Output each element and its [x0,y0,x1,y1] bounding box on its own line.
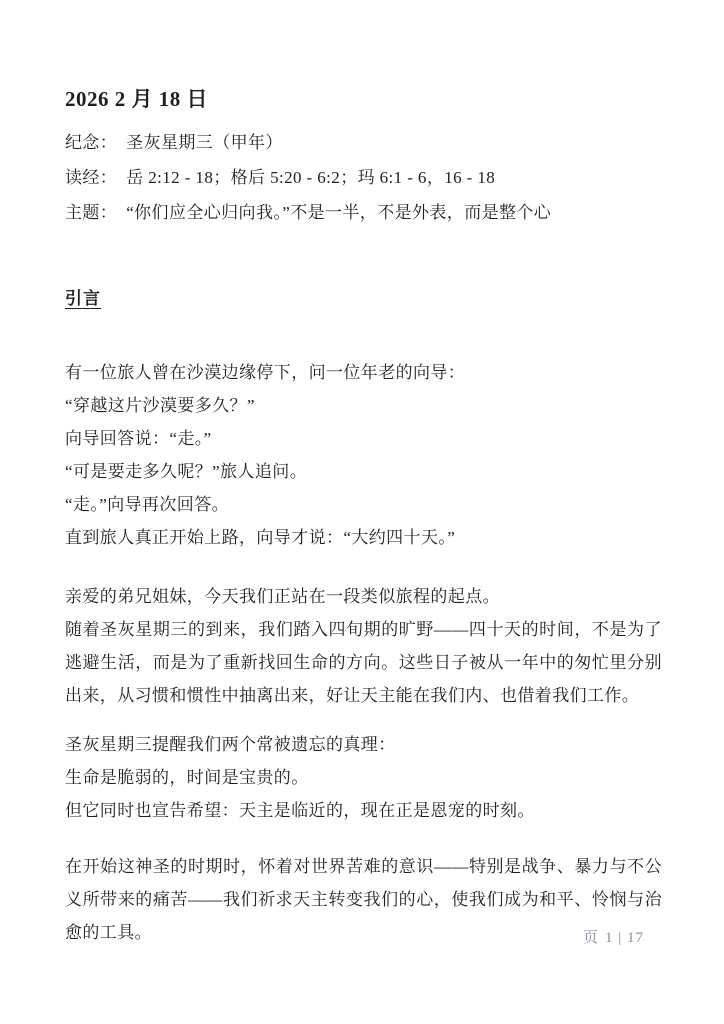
readings-value: 岳 2:12 - 18；格后 5:20 - 6:2；玛 6:1 - 6，16 -… [126,168,495,187]
closing-paragraph: 在开始这神圣的时期时，怀着对世界苦难的意识——特别是战争、暴力与不公义所带来的痛… [65,850,662,949]
meta-line-theme: 主题：“你们应全心归向我。”不是一半，不是外表，而是整个心 [65,195,662,230]
page-label: 页 [583,930,599,946]
theme-label: 主题： [65,203,117,222]
section-heading-introduction: 引言 [65,286,101,312]
story-line: 直到旅人真正开始上路，向导才说：“大约四十天。” [65,521,662,554]
reflection-paragraph: 随着圣灰星期三的到来，我们踏入四旬期的旷野——四十天的时间，不是为了逃避生活，而… [65,613,662,712]
memorial-value: 圣灰星期三（甲年） [126,133,283,152]
story-line: “可是要走多久呢？”旅人追问。 [65,455,662,488]
theme-value: “你们应全心归向我。”不是一半，不是外表，而是整个心 [126,203,551,222]
story-line: 有一位旅人曾在沙漠边缘停下，问一位年老的向导： [65,356,662,389]
readings-label: 读经： [65,168,117,187]
page-info: 1 | 17 [605,930,644,946]
story-line: 向导回答说：“走。” [65,422,662,455]
document-page: 2026 2 月 18 日 纪念：圣灰星期三（甲年） 读经：岳 2:12 - 1… [65,86,662,949]
truth-line: 但它同时也宣告希望：天主是临近的，现在正是恩宠的时刻。 [65,794,662,827]
meta-line-memorial: 纪念：圣灰星期三（甲年） [65,125,662,160]
memorial-label: 纪念： [65,133,117,152]
truth-line: 生命是脆弱的，时间是宝贵的。 [65,761,662,794]
closing-block: 在开始这神圣的时期时，怀着对世界苦难的意识——特别是战争、暴力与不公义所带来的痛… [65,850,662,949]
date-title: 2026 2 月 18 日 [65,86,662,112]
reflection-paragraph: 亲爱的弟兄姐妹，今天我们正站在一段类似旅程的起点。 [65,580,662,613]
meta-line-readings: 读经：岳 2:12 - 18；格后 5:20 - 6:2；玛 6:1 - 6，1… [65,160,662,195]
story-line: “穿越这片沙漠要多久？” [65,389,662,422]
page-number-footer: 页1 | 17 [583,926,644,947]
desert-story-block: 有一位旅人曾在沙漠边缘停下，问一位年老的向导： “穿越这片沙漠要多久？” 向导回… [65,356,662,554]
truth-line: 圣灰星期三提醒我们两个常被遗忘的真理： [65,728,662,761]
story-line: “走。”向导再次回答。 [65,488,662,521]
truths-block: 圣灰星期三提醒我们两个常被遗忘的真理： 生命是脆弱的，时间是宝贵的。 但它同时也… [65,728,662,827]
reflection-block: 亲爱的弟兄姐妹，今天我们正站在一段类似旅程的起点。 随着圣灰星期三的到来，我们踏… [65,580,662,712]
